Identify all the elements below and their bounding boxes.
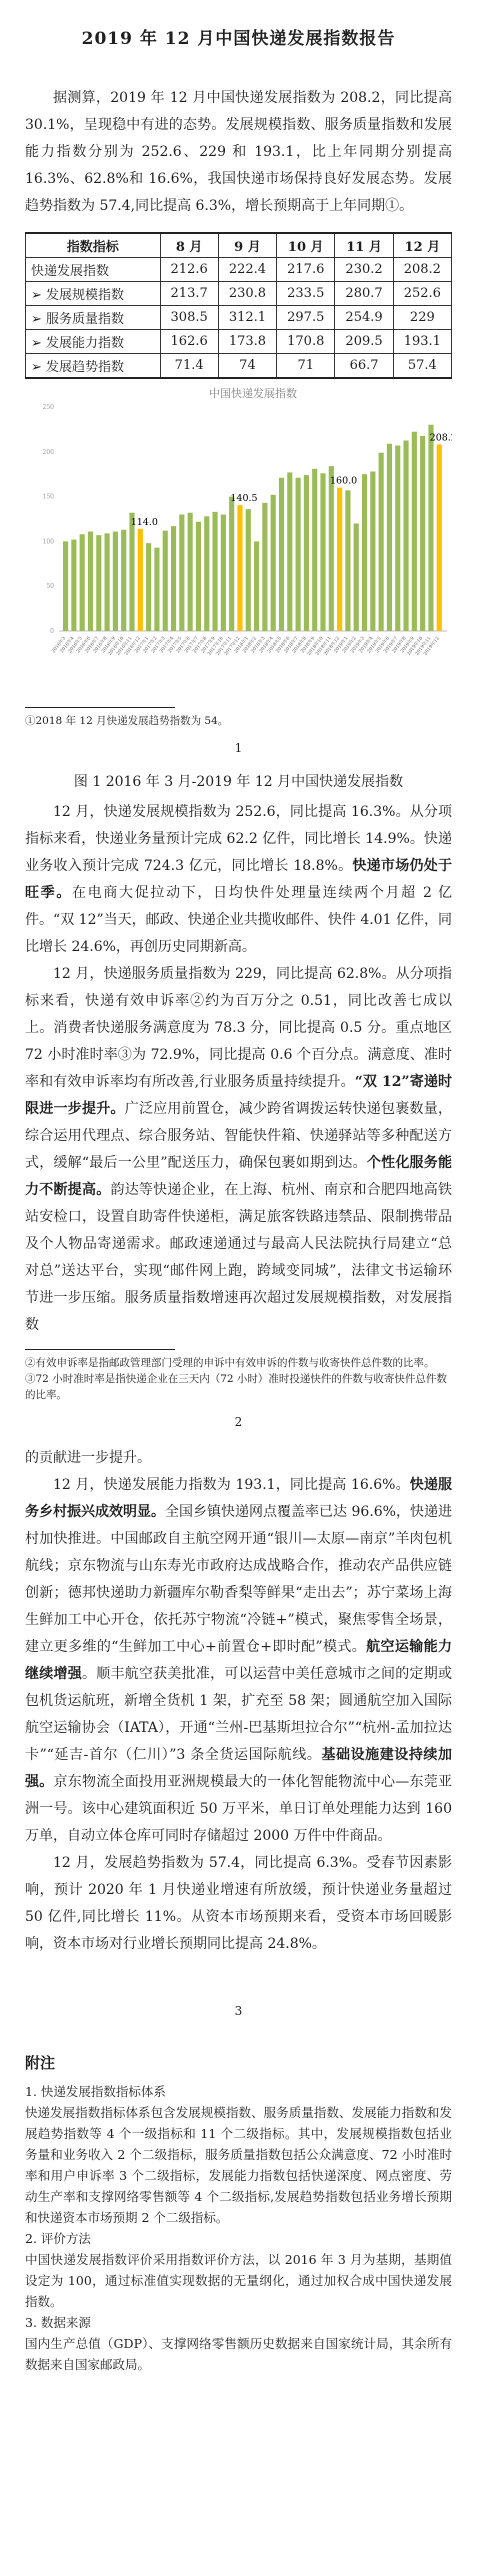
note-item: 2. 评价方法: [25, 2228, 452, 2249]
value-cell: 173.8: [218, 330, 276, 354]
footnote-1: ①2018 年 12 月快递发展趋势指数为 54。: [25, 713, 452, 729]
row-label-cell: ➢ 发展能力指数: [26, 330, 161, 354]
bar: [113, 532, 118, 631]
bar: [63, 541, 68, 631]
value-cell: 230.8: [218, 282, 276, 306]
chart-title: 中国快递发展指数: [209, 386, 297, 400]
value-cell: 280.7: [335, 282, 393, 306]
y-tick-label: 200: [43, 449, 55, 456]
bar: [329, 466, 334, 631]
bar-value-label: 114.0: [131, 517, 158, 528]
y-tick-label: 50: [46, 583, 54, 590]
body-text: 在电商大促拉动下，日均快件处理量连续两个月超 2 亿件。“双 12”当天，邮政、…: [25, 885, 452, 955]
bar: [88, 532, 93, 631]
bar: [287, 472, 292, 631]
value-cell: 66.7: [335, 354, 393, 379]
bar: [312, 469, 317, 631]
paragraph-trend-index: 12 月，发展趋势指数为 57.4，同比提高 6.3%。受春节因素影响，预计 2…: [25, 1850, 452, 1958]
table-header-cell: 9 月: [218, 233, 276, 258]
bar: [80, 534, 85, 631]
bar-december: [138, 529, 143, 631]
index-table: 指数指标8 月9 月10 月11 月12 月快递发展指数212.6222.421…: [25, 232, 452, 379]
bar: [254, 541, 259, 631]
bar: [154, 548, 159, 631]
bar: [188, 513, 193, 631]
figure-caption: 图 1 2016 年 3 月-2019 年 12 月中国快递发展指数: [25, 771, 452, 791]
value-cell: 312.1: [218, 306, 276, 330]
footnote-divider-2: [25, 1349, 175, 1350]
spacer: [25, 1958, 452, 1992]
bar: [96, 535, 101, 631]
note-item: 快递发展指数指标体系包含发展规模指数、服务质量指数、发展能力指数和发展趋势指数等…: [25, 2102, 452, 2228]
bar: [395, 446, 400, 631]
bar: [279, 478, 284, 631]
table-row: ➢ 服务质量指数308.5312.1297.5254.9229: [26, 306, 452, 330]
bar: [304, 475, 309, 631]
bar: [121, 530, 126, 631]
bar: [403, 441, 408, 631]
page-number-3: 3: [25, 2004, 452, 2018]
value-cell: 170.8: [277, 330, 335, 354]
table-row: 快递发展指数212.6222.4217.6230.2208.2: [26, 258, 452, 282]
body-text: 12 月，发展趋势指数为 57.4，同比提高 6.3%。受春节因素影响，预计 2…: [25, 1855, 452, 1952]
bar: [212, 512, 217, 631]
body-text: 据测算，2019 年 12 月中国快递发展指数为 208.2，同比提高 30.1…: [25, 90, 452, 214]
table-header-cell: 指数指标: [26, 233, 161, 258]
notes-heading: 附注: [25, 2052, 452, 2073]
body-text: 韵达等快递企业，在上海、杭州、南京和合肥四地高铁站安检口，设置自助寄件快递柜，满…: [25, 1182, 452, 1333]
value-cell: 193.1: [393, 330, 451, 354]
value-cell: 212.6: [160, 258, 218, 282]
bar: [428, 425, 433, 631]
page-number-1: 1: [25, 741, 452, 755]
table-row: ➢ 发展能力指数162.6173.8170.8209.5193.1: [26, 330, 452, 354]
value-cell: 252.6: [393, 282, 451, 306]
paragraph-summary: 据测算，2019 年 12 月中国快递发展指数为 208.2，同比提高 30.1…: [25, 85, 452, 220]
bar-december: [337, 488, 342, 631]
chart-svg: 中国快递发展指数0501001502002502016年32016年42016年…: [25, 385, 452, 693]
bar: [105, 533, 110, 631]
table-header-cell: 12 月: [393, 233, 451, 258]
body-text: 京东物流全面投用亚洲规模最大的一体化智能物流中心—东莞亚洲一号。该中心建筑面积近…: [25, 1774, 452, 1844]
bar: [271, 495, 276, 631]
bar: [387, 444, 392, 631]
note-item: 3. 数据来源: [25, 2312, 452, 2333]
value-cell: 254.9: [335, 306, 393, 330]
bar: [320, 473, 325, 631]
paragraph-capability-index: 12 月，快递发展能力指数为 193.1，同比提高 16.6%。快递服务乡村振兴…: [25, 1472, 452, 1850]
bar-chart: 中国快递发展指数0501001502002502016年32016年42016年…: [25, 385, 452, 697]
bar: [370, 472, 375, 631]
value-cell: 230.2: [335, 258, 393, 282]
y-tick-label: 0: [50, 628, 54, 635]
bar: [354, 523, 359, 631]
note-item: 中国快递发展指数评价采用指数评价方法，以 2016 年 3 月为基期，基期值设定…: [25, 2249, 452, 2312]
page-title: 2019 年 12 月中国快递发展指数报告: [25, 24, 452, 49]
value-cell: 71: [277, 354, 335, 379]
table-row: ➢ 发展规模指数213.7230.8233.5280.7252.6: [26, 282, 452, 306]
bar: [379, 453, 384, 631]
value-cell: 217.6: [277, 258, 335, 282]
y-tick-label: 250: [43, 404, 55, 411]
bar: [129, 513, 134, 631]
bar: [345, 490, 350, 631]
value-cell: 308.5: [160, 306, 218, 330]
bar: [146, 543, 151, 631]
table-row: ➢ 发展趋势指数71.4747166.757.4: [26, 354, 452, 379]
row-label-cell: ➢ 发展趋势指数: [26, 354, 161, 379]
paragraph-service-quality: 12 月，快递服务质量指数为 229，同比提高 62.8%。从分项指标来看，快递…: [25, 961, 452, 1339]
bar: [179, 515, 184, 631]
bar: [221, 515, 226, 631]
footnote-2: ②有效申诉率是指邮政管理部门受理的申诉中有效申诉的件数与收寄快件总件数的比率。: [25, 1355, 452, 1371]
bar: [296, 478, 301, 631]
bar: [412, 432, 417, 631]
bar: [229, 497, 234, 631]
bar: [420, 436, 425, 631]
bar-value-label: 160.0: [330, 476, 357, 487]
footnote-divider: [25, 707, 175, 708]
bar: [362, 474, 367, 631]
note-item: 国内生产总值（GDP）、支撑网络零售额历史数据来自国家统计局，其余所有数据来自国…: [25, 2333, 452, 2375]
value-cell: 74: [218, 354, 276, 379]
body-text: 12 月，快递服务质量指数为 229，同比提高 62.8%。从分项指标来看，快递…: [25, 966, 452, 1090]
row-label-cell: ➢ 服务质量指数: [26, 306, 161, 330]
y-tick-label: 100: [43, 538, 55, 545]
table-header-cell: 11 月: [335, 233, 393, 258]
bar: [163, 531, 168, 631]
row-label-cell: 快递发展指数: [26, 258, 161, 282]
bar: [196, 522, 201, 631]
bar: [171, 526, 176, 631]
report-page: 2019 年 12 月中国快递发展指数报告 据测算，2019 年 12 月中国快…: [0, 0, 477, 2375]
value-cell: 209.5: [335, 330, 393, 354]
value-cell: 213.7: [160, 282, 218, 306]
footnote-3: ③72 小时准时率是指快递企业在三天内（72 小时）准时投递快件的件数与收寄快件…: [25, 1371, 452, 1403]
value-cell: 208.2: [393, 258, 451, 282]
paragraph-scale-index: 12 月，快递发展规模指数为 252.6，同比提高 16.3%。从分项指标来看，…: [25, 799, 452, 961]
bar: [246, 509, 251, 631]
bar-value-label: 140.5: [230, 493, 257, 504]
value-cell: 297.5: [277, 306, 335, 330]
page-number-2: 2: [25, 1415, 452, 1429]
bar-december: [237, 505, 242, 631]
value-cell: 57.4: [393, 354, 451, 379]
y-tick-label: 150: [43, 494, 55, 501]
value-cell: 229: [393, 306, 451, 330]
row-label-cell: ➢ 发展规模指数: [26, 282, 161, 306]
table-header-cell: 8 月: [160, 233, 218, 258]
bar: [204, 516, 209, 631]
note-item: 1. 快递发展指数指标体系: [25, 2081, 452, 2102]
value-cell: 162.6: [160, 330, 218, 354]
bar: [262, 503, 267, 631]
body-text: 的贡献进一步提升。: [25, 1450, 151, 1466]
value-cell: 222.4: [218, 258, 276, 282]
bar-december: [437, 444, 442, 631]
bar-value-label: 208.2: [430, 432, 452, 443]
body-text: 全国乡镇快递网点覆盖率已达 96.6%，快递进村加快推进。中国邮政自主航空网开通…: [25, 1504, 452, 1655]
body-text: 12 月，快递发展能力指数为 193.1，同比提高 16.6%。: [53, 1477, 410, 1493]
value-cell: 71.4: [160, 354, 218, 379]
bar: [71, 540, 76, 631]
notes-section: 1. 快递发展指数指标体系快递发展指数指标体系包含发展规模指数、服务质量指数、发…: [25, 2081, 452, 2375]
value-cell: 233.5: [277, 282, 335, 306]
table-header-cell: 10 月: [277, 233, 335, 258]
paragraph-service-quality-cont: 的贡献进一步提升。: [25, 1445, 452, 1472]
